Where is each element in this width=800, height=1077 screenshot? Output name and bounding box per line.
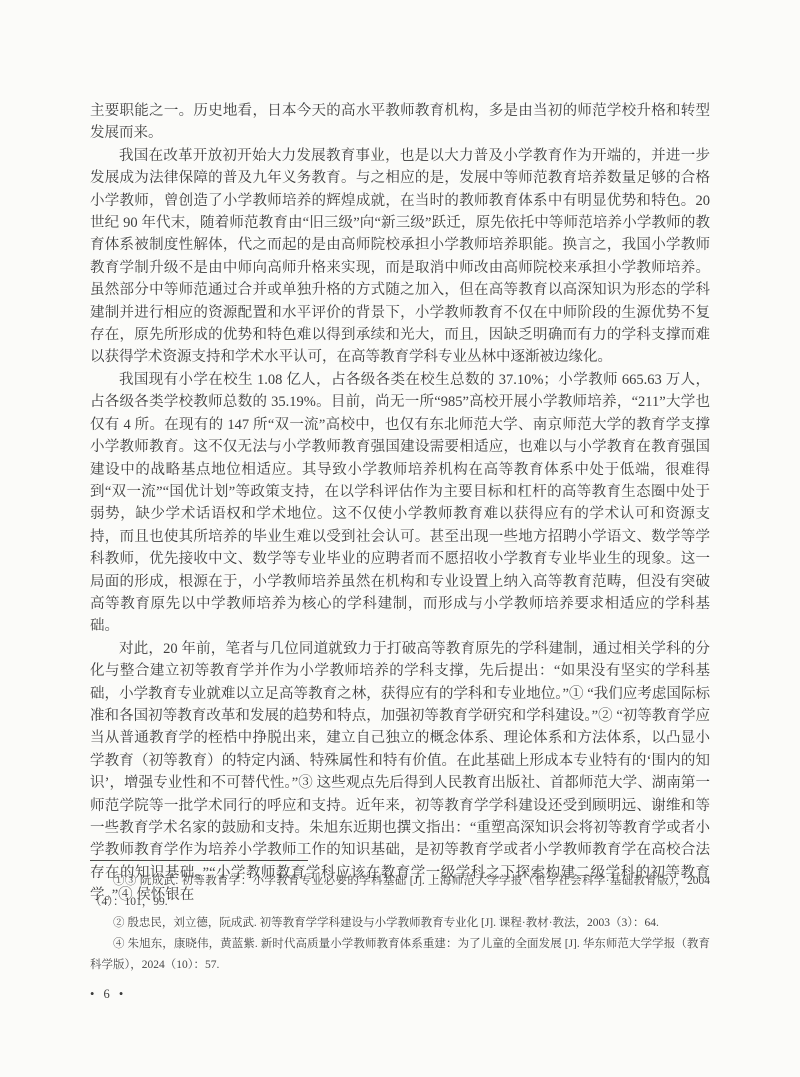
footnotes-section: ①③ 阮成武. 初等教育学：小学教育专业必要的学科基础 [J]. 上海师范大学学… <box>90 860 710 1002</box>
document-page: 主要职能之一。历史地看，日本今天的高水平教师教育机构，多是由当初的师范学校升格和… <box>0 0 800 1077</box>
footnote: ④ 朱旭东，康晓伟，黄蓝紫. 新时代高质量小学教师教育体系重建：为了儿童的全面发… <box>90 934 710 976</box>
article-body: 主要职能之一。历史地看，日本今天的高水平教师教育机构，多是由当初的师范学校升格和… <box>90 100 710 907</box>
body-paragraph: 我国现有小学在校生 1.08 亿人，占各级各类在校生总数的 37.10%；小学教… <box>90 369 710 638</box>
body-paragraph: 我国在改革开放初开始大力发展教育事业，也是以大力普及小学教育作为开端的，并进一步… <box>90 145 710 369</box>
page-number: • 6 • <box>90 987 710 1002</box>
footnote: ①③ 阮成武. 初等教育学：小学教育专业必要的学科基础 [J]. 上海师范大学学… <box>90 871 710 913</box>
footnote-divider <box>90 860 308 861</box>
body-paragraph-continuation: 主要职能之一。历史地看，日本今天的高水平教师教育机构，多是由当初的师范学校升格和… <box>90 100 710 145</box>
footnote: ② 殷忠民，刘立德，阮成武. 初等教育学学科建设与小学教师教育专业化 [J]. … <box>90 913 710 934</box>
